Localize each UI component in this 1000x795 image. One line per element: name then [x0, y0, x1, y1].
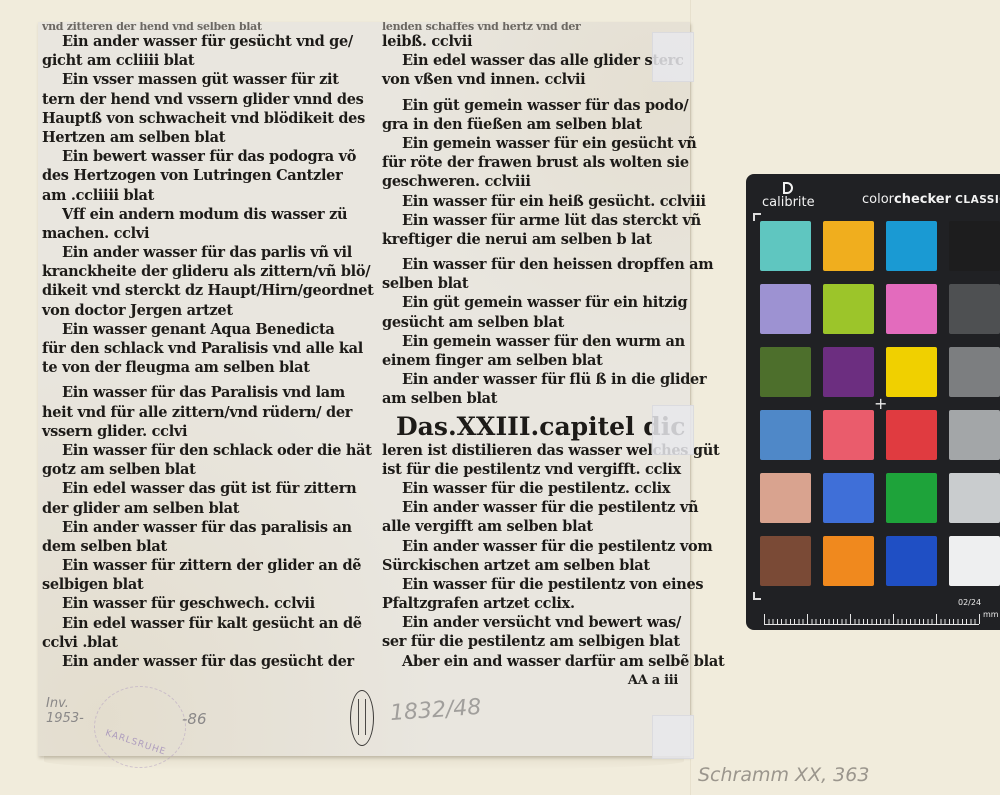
text-line: Ein ander wasser für das parlis vñ vil — [42, 243, 354, 262]
text-line: Ein ander wasser für die pestilentz vñ — [382, 498, 688, 517]
text-line: Ein ander wasser für die pestilentz vom — [382, 537, 688, 556]
text-line: Ein ander wasser für flü ß in die glider — [382, 370, 688, 389]
inventory-note: Inv. 1953- — [46, 696, 86, 726]
text-line: heit vnd für alle zittern/vnd rüdern/ de… — [42, 403, 354, 422]
color-swatch — [949, 284, 1000, 334]
text-line: Hauptß von schwacheit vnd blödikeit des — [42, 109, 354, 128]
mm-ruler — [764, 612, 979, 625]
text-line: kreftiger die nerui am selben b lat — [382, 230, 688, 249]
ruler-unit: mm — [983, 610, 999, 619]
text-line: Ein vsser massen güt wasser für zit — [42, 70, 354, 89]
color-swatch — [760, 284, 811, 334]
mount-annotation: Schramm XX, 363 — [698, 764, 869, 786]
text-line: ist für die pestilentz vnd vergifft. ccl… — [382, 460, 688, 479]
text-line: kranckheite der glideru als zittern/vñ b… — [42, 262, 354, 281]
mounting-tape-top — [652, 32, 694, 82]
text-line: Ein ander wasser für gesücht vnd ge/ — [42, 32, 354, 51]
product-name-suffix: CLASSIC — [955, 194, 1000, 206]
color-swatch — [886, 221, 937, 271]
crosshair-icon: + — [874, 396, 887, 412]
text-line: te von der fleugma am selben blat — [42, 358, 354, 377]
color-swatch — [760, 410, 811, 460]
text-line: gra in den füeßen am selben blat — [382, 115, 688, 134]
text-line: lenden schaffes vnd hertz vnd der — [382, 22, 688, 32]
mounting-tape-middle — [652, 405, 694, 455]
text-line: für den schlack vnd Paralisis vnd alle k… — [42, 339, 354, 358]
product-name-light: color — [862, 192, 894, 207]
text-line: Ein wasser für den schlack oder die hät — [42, 441, 354, 460]
calibrite-brand: calibrite — [762, 182, 815, 210]
text-line: selbigen blat — [42, 575, 354, 594]
right-text-column: lenden schaffes vnd hertz vnd derleibß. … — [382, 22, 688, 690]
color-swatch — [949, 473, 1000, 523]
ruler-tick — [764, 614, 765, 624]
text-line: Ein wasser für die pestilentz von eines — [382, 575, 688, 594]
text-line: Ein wasser für den heissen dropffen am — [382, 255, 688, 274]
brand-name: calibrite — [762, 195, 815, 210]
corner-mark-bottom-left-icon — [753, 592, 761, 600]
collection-stamp-icon — [350, 690, 374, 746]
text-line: Ein wasser für arme lüt das sterckt vñ — [382, 211, 688, 230]
text-line: Hertzen am selben blat — [42, 128, 354, 147]
library-stamp — [94, 686, 186, 768]
text-line: machen. cclvi — [42, 224, 354, 243]
color-swatch — [949, 347, 1000, 397]
product-name: colorchecker CLASSIC — [862, 192, 1000, 207]
color-swatch — [823, 536, 874, 586]
color-swatch — [886, 536, 937, 586]
color-swatch — [949, 410, 1000, 460]
text-line: dikeit vnd sterckt dz Haupt/Hirn/geordne… — [42, 281, 354, 300]
text-line: von vßen vnd innen. cclvii — [382, 70, 688, 89]
text-line: gotz am selben blat — [42, 460, 354, 479]
text-line: gicht am ccliiii blat — [42, 51, 354, 70]
text-line: am .ccliiii blat — [42, 186, 354, 205]
text-line: Ein edel wasser für kalt gesücht an dẽ — [42, 614, 354, 633]
text-line: leibß. cclvii — [382, 32, 688, 51]
color-swatch — [823, 347, 874, 397]
calibrite-logo-icon — [783, 182, 793, 194]
text-line: von doctor Jergen artzet — [42, 301, 354, 320]
text-line: Ein wasser für ein heiß gesücht. cclviii — [382, 192, 688, 211]
card-code: 02/24 — [958, 598, 981, 607]
text-line: Ein güt gemein wasser für ein hitzig — [382, 293, 688, 312]
text-line: Ein wasser für geschwech. cclvii — [42, 594, 354, 613]
text-line: am selben blat — [382, 389, 688, 408]
text-line: Ein edel wasser das güt ist für zittern — [42, 479, 354, 498]
color-swatch — [949, 536, 1000, 586]
document-page: vnd zitteren der hend vnd selben blatEin… — [38, 22, 690, 756]
color-swatch — [823, 221, 874, 271]
product-name-bold: checker — [894, 192, 951, 207]
text-line: Sürckischen artzet am selben blat — [382, 556, 688, 575]
text-line: alle vergifft am selben blat — [382, 517, 688, 536]
text-line: für röte der frawen brust als wolten sie — [382, 153, 688, 172]
text-line: Ein gemein wasser für ein gesücht vñ — [382, 134, 688, 153]
left-text-column: vnd zitteren der hend vnd selben blatEin… — [42, 22, 354, 671]
inventory-suffix: -86 — [182, 710, 207, 728]
corner-mark-top-left-icon — [753, 213, 761, 221]
text-line: Ein ander versücht vnd bewert was/ — [382, 613, 688, 632]
color-swatch — [823, 473, 874, 523]
text-line: Ein wasser für das Paralisis vnd lam — [42, 383, 354, 402]
ruler-tick — [850, 614, 851, 624]
text-line: Aber ein and wasser darfür am selbẽ blat — [382, 652, 688, 671]
text-line: dem selben blat — [42, 537, 354, 556]
text-line: leren ist distilieren das wasser welches… — [382, 441, 688, 460]
text-line: Ein edel wasser das alle glider sterc — [382, 51, 688, 70]
text-line: vnd zitteren der hend vnd selben blat — [42, 22, 354, 32]
ruler-tick — [979, 614, 980, 624]
text-line: Ein gemein wasser für den wurm an — [382, 332, 688, 351]
text-line: tern der hend vnd vssern glider vnnd des — [42, 90, 354, 109]
text-line: der glider am selben blat — [42, 499, 354, 518]
text-line: Ein wasser für zittern der glider an dẽ — [42, 556, 354, 575]
color-swatch — [886, 347, 937, 397]
ruler-tick — [893, 614, 894, 624]
text-line: des Hertzogen von Lutringen Cantzler — [42, 166, 354, 185]
color-swatch — [760, 473, 811, 523]
color-swatch — [886, 473, 937, 523]
color-swatch — [823, 284, 874, 334]
color-swatch — [760, 347, 811, 397]
color-swatch — [760, 221, 811, 271]
text-line: Ein bewert wasser für das podogra võ — [42, 147, 354, 166]
text-line: Ein wasser genant Aqua Benedicta — [42, 320, 354, 339]
text-line: cclvi .blat — [42, 633, 354, 652]
text-line: geschweren. cclviii — [382, 172, 688, 191]
text-line: gesücht am selben blat — [382, 313, 688, 332]
color-swatch — [949, 221, 1000, 271]
color-swatch — [760, 536, 811, 586]
ruler-tick — [807, 614, 808, 624]
text-line: ser für die pestilentz am selbigen blat — [382, 632, 688, 651]
chapter-heading: Das.XXIII.capitel dic — [382, 413, 688, 441]
text-line: Ein ander wasser für das paralisis an — [42, 518, 354, 537]
color-checker-card: calibrite colorchecker CLASSIC + 02/24 m… — [746, 174, 1000, 630]
ruler-tick — [936, 614, 937, 624]
text-line: Ein wasser für die pestilentz. cclix — [382, 479, 688, 498]
inventory-label: Inv. — [46, 696, 69, 711]
text-line: einem finger am selben blat — [382, 351, 688, 370]
color-swatch — [823, 410, 874, 460]
mount-divider — [690, 0, 691, 795]
color-swatch — [886, 410, 937, 460]
color-swatch — [886, 284, 937, 334]
text-line: vssern glider. cclvi — [42, 422, 354, 441]
text-line: AA a iii — [382, 671, 688, 690]
mounting-tape-bottom — [652, 715, 694, 759]
text-line: Pfaltzgrafen artzet cclix. — [382, 594, 688, 613]
text-line: Ein güt gemein wasser für das podo/ — [382, 96, 688, 115]
text-line: Vff ein andern modum dis wasser zü — [42, 205, 354, 224]
text-line: selben blat — [382, 274, 688, 293]
text-line: Ein ander wasser für das gesücht der — [42, 652, 354, 671]
inventory-number: 1953- — [46, 711, 84, 726]
